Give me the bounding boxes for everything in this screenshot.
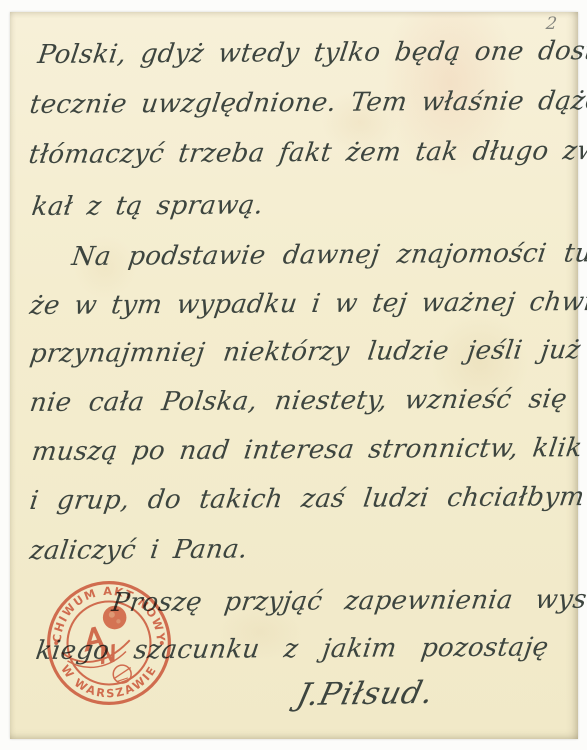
- handwriting-line: tecznie uwzględnione. Tem właśnie dążeni…: [28, 86, 587, 120]
- handwriting-line: Na podstawie dawnej znajomości tuszę: [70, 238, 587, 272]
- handwriting-line: że w tym wypadku i w tej ważnej chwili: [28, 287, 587, 321]
- handwriting-line: kał z tą sprawą.: [30, 190, 265, 222]
- handwriting-line: nie cała Polska, niestety, wznieść się: [28, 384, 569, 418]
- signature: J.Piłsud.: [294, 675, 438, 713]
- scanned-document: 2 Polski, gdyż wtedy tylko będą one dost…: [0, 0, 587, 750]
- handwriting-line: Proszę przyjąć zapewnienia wyso: [110, 585, 587, 618]
- handwriting-line: muszą po nad interesa stronnictw, klik: [30, 433, 584, 467]
- handwriting-line: przynajmniej niektórzy ludzie jeśli już: [28, 335, 582, 369]
- letter-page: 2 Polski, gdyż wtedy tylko będą one dost…: [10, 12, 578, 739]
- handwriting-line: i grup, do takich zaś ludzi chciałbym: [28, 482, 586, 516]
- stamp-dot-left: [54, 641, 58, 645]
- handwriting-line: Polski, gdyż wtedy tylko będą one dosta: [36, 36, 587, 70]
- page-number: 2: [545, 14, 558, 34]
- stamp-dot-right: [160, 641, 164, 645]
- handwriting-line: tłómaczyć trzeba fakt żem tak długo zwle: [27, 136, 587, 170]
- handwriting-line: zaliczyć i Pana.: [28, 534, 250, 566]
- archive-stamp-icon: ARCHIWUM AKT NOWYCH W WARSZAWIE A N: [43, 569, 175, 717]
- stamp-letter-n: N: [97, 641, 118, 670]
